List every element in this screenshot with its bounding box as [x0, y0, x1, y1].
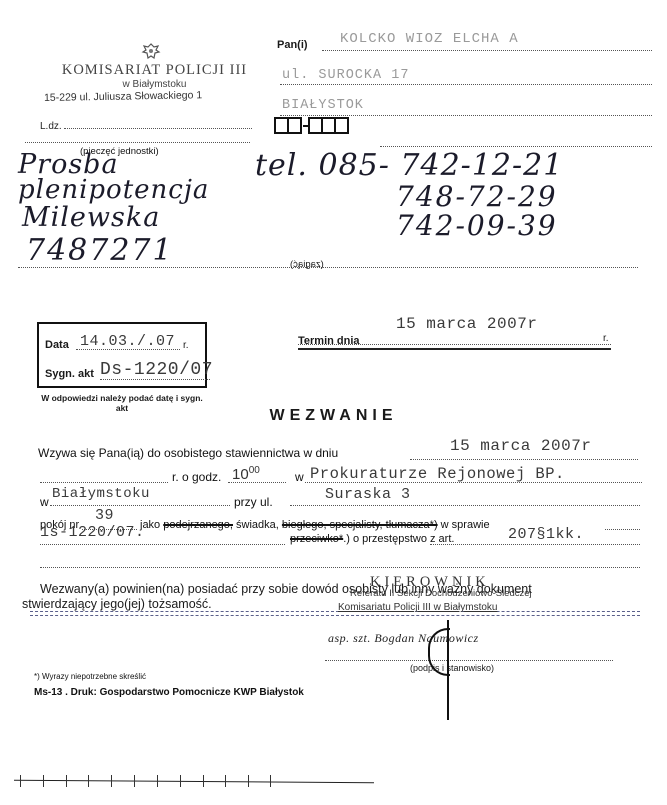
case-ref-value: Ds-1220/07: [100, 360, 213, 380]
case-line: [605, 529, 640, 530]
street-line: [290, 505, 640, 506]
deadline-value: 15 marca 2007r: [396, 315, 537, 333]
addressee-extra-line: [380, 146, 652, 147]
case-number-line: [40, 544, 285, 545]
addressee-city-line: [280, 115, 652, 116]
tick-mark: [43, 775, 44, 787]
handwritten-note-line3: Milewska: [22, 202, 160, 233]
appearance-place: Prokuraturze Rejonowej BP.: [310, 465, 565, 483]
handwritten-number: 7487271: [26, 233, 174, 268]
handwritten-phone1: tel. 085- 742-12-21: [255, 148, 563, 183]
role-expert-struck: biegłego, specjalisty, tłumacza*): [282, 519, 438, 531]
time-hour: 10: [232, 466, 249, 483]
appearance-time: 1000: [232, 465, 260, 483]
ldz-field: [64, 128, 252, 129]
role-witness: świadka,: [236, 519, 279, 531]
deadline-label: Termin dnia: [298, 335, 360, 347]
fold-caption: (zagiąć): [290, 259, 324, 270]
stamp-department: Referatu II Sekcji Dochodzeniowo-Śledcze…: [350, 588, 532, 599]
signature-line: [325, 660, 613, 661]
role-line: jako podejrzanego, świadka, biegłego, sp…: [140, 519, 490, 531]
addressee-street: ul. SUROCKA 17: [282, 68, 409, 83]
case-ref-label: Sygn. akt: [45, 368, 94, 380]
appearance-date-line: [410, 459, 638, 460]
handwritten-note-line2: plenipotencja: [18, 175, 209, 205]
tick-mark: [225, 775, 226, 787]
case-number: 1s-1220/07.: [40, 524, 145, 541]
tick-mark: [88, 775, 89, 787]
date-label: Data: [45, 339, 69, 351]
eagle-crest-icon: [140, 42, 162, 62]
stamp-line: [25, 142, 250, 143]
tick-mark: [134, 775, 135, 787]
against-struck: przeciwko*: [290, 533, 343, 545]
handwritten-phone3: 742-09-39: [396, 209, 558, 242]
ldz-label: L.dz.: [40, 121, 62, 132]
role-suspect-struck: podejrzanego,: [163, 519, 233, 531]
tick-mark: [66, 775, 67, 787]
stamp-station: Komisariatu Policji III w Białymstoku: [338, 602, 498, 613]
torn-edge-line: [14, 780, 374, 784]
time-label: r. o godz.: [172, 470, 221, 484]
place-label: w: [295, 470, 304, 484]
deadline-suffix: r.: [603, 333, 609, 344]
summons-text: Wzywa się Pana(ią) do osobistego stawien…: [38, 446, 338, 460]
addressee-street-line: [280, 84, 652, 85]
blank-line: [40, 567, 640, 568]
appearance-date: 15 marca 2007r: [450, 437, 591, 455]
appearance-city: Białymstoku: [52, 486, 150, 502]
addressee-name-line: [322, 50, 652, 51]
tick-mark: [157, 775, 158, 787]
print-info: Ms-13 . Druk: Gospodarstwo Pomocnicze KW…: [34, 687, 304, 698]
fold-line: [18, 267, 638, 268]
phone1: 742-12-21: [400, 148, 563, 183]
case-label: w sprawie: [441, 519, 490, 531]
article-line: [430, 544, 640, 545]
city-label: w: [40, 495, 49, 509]
addressee-city: BIAŁYSTOK: [282, 98, 364, 113]
tick-mark: [248, 775, 249, 787]
addressee-name: KOLCKO WIOZ ELCHA A: [340, 31, 519, 47]
addressee-label: Pan(i): [277, 39, 308, 51]
signature-caption: (podpis i stanowisko): [410, 663, 494, 673]
deadline-line: [298, 344, 611, 345]
tick-mark: [203, 775, 204, 787]
id-notice-cont: stwierdzający jego(jej) tożsamość.: [22, 597, 212, 611]
date-value: 14.03./.07: [80, 333, 175, 350]
tick-mark: [270, 775, 271, 787]
double-dash-rule: [30, 611, 640, 616]
agency-name: KOMISARIAT POLICJI III: [42, 62, 267, 79]
deadline-underline: [298, 348, 611, 350]
year-line: [40, 482, 168, 483]
date-suffix: r.: [183, 340, 189, 351]
street-label: przy ul.: [234, 495, 273, 509]
tick-mark: [20, 775, 21, 787]
postal-code-boxes: [276, 117, 349, 134]
city-line: [50, 505, 230, 506]
footnote: *) Wyrazy niepotrzebne skreślić: [34, 672, 146, 681]
agency-address: 15-229 ul. Juliusza Słowackiego 1: [44, 88, 274, 104]
time-minute: 00: [249, 465, 260, 476]
tick-mark: [111, 775, 112, 787]
document-title: WEZWANIE: [0, 407, 667, 425]
officer-name: asp. szt. Bogdan Naumowicz: [328, 631, 479, 646]
handwritten-note-line1: Prosba: [18, 151, 119, 178]
article-value: 207§1kk.: [508, 526, 584, 543]
tel-label: tel. 085-: [255, 148, 390, 183]
tick-mark: [180, 775, 181, 787]
appearance-street: Suraska 3: [325, 486, 411, 503]
room-number: 39: [95, 507, 114, 524]
